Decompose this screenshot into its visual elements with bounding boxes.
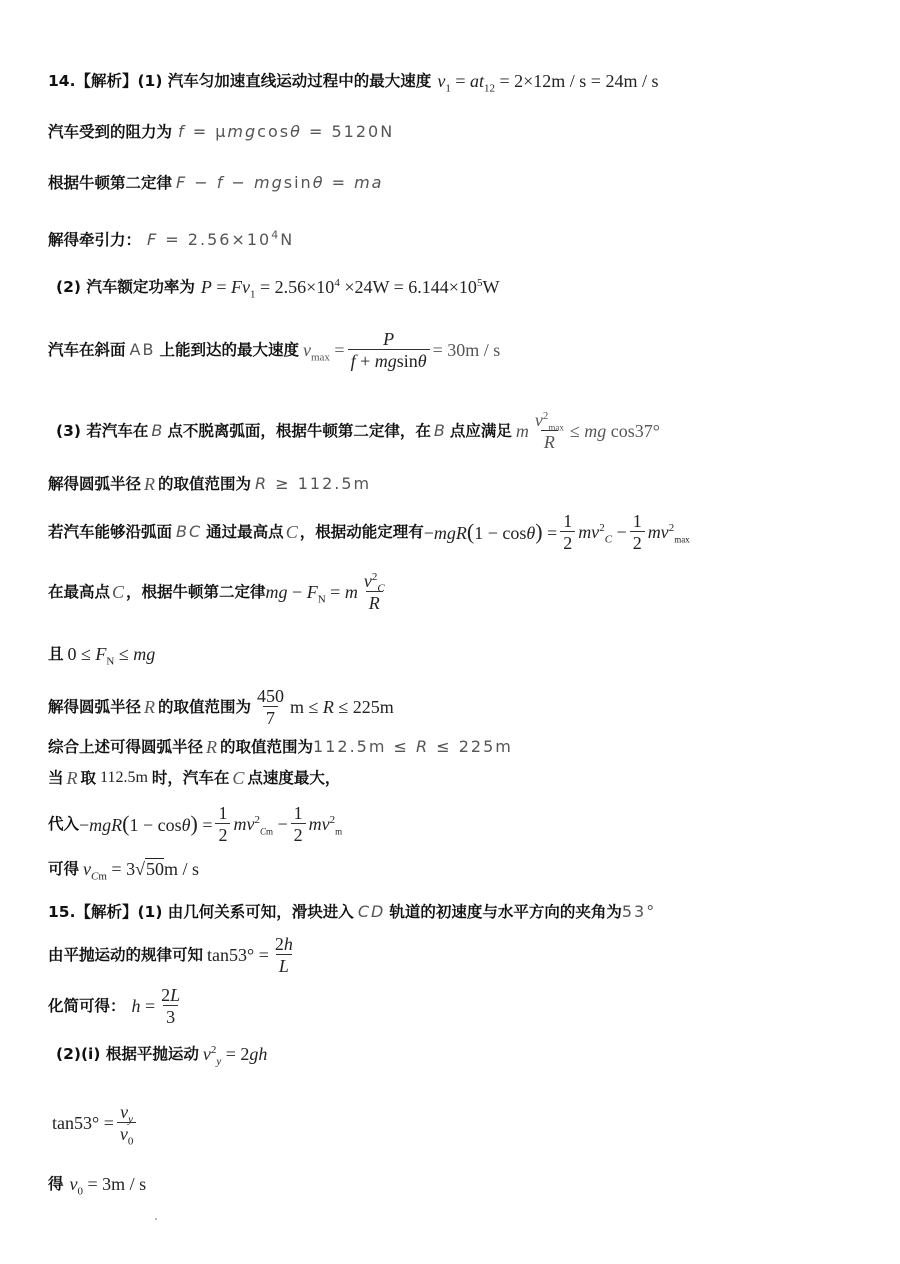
simplify-label: 化简可得： bbox=[48, 995, 126, 1017]
q14-summary-line: 综合上述可得圆弧半径 R 的取值范围为 112.5m ≤ R ≤ 225m bbox=[48, 736, 513, 758]
v0-label: 得 bbox=[48, 1173, 64, 1195]
radius-r-4: R bbox=[67, 768, 78, 788]
tan53-lhs-2: tan53° = bbox=[52, 1112, 114, 1134]
r-range2-rhs: m ≤ R ≤ 225m bbox=[290, 696, 394, 718]
q14-normal-force-line: 且 0 ≤ FN ≤ mg bbox=[48, 643, 155, 665]
point-c-2: C bbox=[112, 582, 124, 602]
q15-tan-velocity-line: tan53° = vy v0 bbox=[52, 1095, 139, 1151]
q14-r-range2-line: 解得圆弧半径 R 的取值范围为 450 7 m ≤ R ≤ 225m bbox=[48, 682, 394, 732]
vmax-lhs: vmax = bbox=[303, 339, 345, 361]
projectile-label: 由平抛运动的规律可知 bbox=[48, 944, 203, 966]
q15-header-line: 15.【解析】(1) 由几何关系可知，滑块进入 CD 轨道的初速度与水平方向的夹… bbox=[48, 901, 656, 923]
substitute-label: 代入 bbox=[48, 813, 79, 835]
point-b: B bbox=[151, 421, 164, 440]
summary-range: 112.5m ≤ R ≤ 225m bbox=[313, 736, 513, 758]
part3-label-a: (3) 若汽车在 bbox=[56, 420, 148, 442]
q15-v0-line: 得 v0 = 3m / s bbox=[48, 1173, 146, 1195]
newton-label: 根据牛顿第二定律 bbox=[48, 172, 172, 194]
q14-friction-line: 汽车受到的阻力为 f = μmgcosθ = 5120N bbox=[48, 121, 394, 143]
energy-label-b: 通过最高点 bbox=[206, 521, 284, 543]
friction-label: 汽车受到的阻力为 bbox=[48, 121, 172, 143]
q14-header-line: 14.【解析】(1) 汽车匀加速直线运动过程中的最大速度 v1 = at12 =… bbox=[48, 70, 658, 92]
r-range2-label-b: 的取值范围为 bbox=[158, 696, 251, 718]
summary-label-a: 综合上述可得圆弧半径 bbox=[48, 736, 203, 758]
part3-label-c: 点应满足 bbox=[450, 420, 512, 442]
newton-equation: F − f − mgsinθ = ma bbox=[176, 172, 383, 194]
q14-header: 14.【解析】(1) 汽车匀加速直线运动过程中的最大速度 bbox=[48, 70, 431, 92]
energy-equation: −mgR(1 − cosθ) = bbox=[424, 521, 557, 544]
vmax-fraction: P f + mgsinθ bbox=[348, 329, 430, 372]
q14-top-point-line: 在最高点 C ，根据牛顿第二定律 mg − FN = m v2CR bbox=[48, 565, 391, 619]
top-point-equation: mg − FN = m bbox=[266, 581, 358, 603]
friction-equation: f = μmgcosθ = 5120N bbox=[178, 121, 394, 143]
q14-power-line: (2) 汽车额定功率为 P = Fv1 = 2.56×104 ×24W = 6.… bbox=[56, 276, 499, 298]
and-label: 且 bbox=[48, 643, 64, 665]
velocity-ratio-fraction: vy v0 bbox=[117, 1102, 137, 1145]
tan53-fraction: 2h L bbox=[272, 934, 296, 977]
tan53-lhs: tan53° = bbox=[207, 944, 269, 966]
min-radius-fraction: 450 7 bbox=[254, 686, 287, 729]
top-point-label-b: ，根据牛顿第二定律 bbox=[126, 581, 266, 603]
vmax-denominator: f + mgsinθ bbox=[348, 349, 430, 372]
q14-r-range-line: 解得圆弧半径 R 的取值范围为 R ≥ 112.5m bbox=[48, 473, 371, 495]
q14-vmax-line: 汽车在斜面 AB 上能到达的最大速度 vmax = P f + mgsinθ =… bbox=[48, 322, 500, 378]
q15-part2-line: (2)(ⅰ) 根据平抛运动 v2y = 2gh bbox=[56, 1043, 267, 1065]
q14-energy-line: 若汽车能够沿弧面 BC 通过最高点 C ，根据动能定理有 −mgR(1 − co… bbox=[48, 508, 690, 556]
vmax-label-b: 上能到达的最大速度 bbox=[159, 339, 299, 361]
vmax-label-a: 汽车在斜面 bbox=[48, 339, 126, 361]
substitute-equation: −mgR(1 − cosθ) = bbox=[79, 813, 212, 836]
energy-label-c: ，根据动能定理有 bbox=[300, 521, 424, 543]
r-range2-label-a: 解得圆弧半径 bbox=[48, 696, 141, 718]
radius-r-3: R bbox=[206, 737, 217, 757]
angle-53: 53° bbox=[622, 901, 656, 923]
v0-result: v0 = 3m / s bbox=[70, 1173, 147, 1195]
point-b-2: B bbox=[434, 421, 447, 440]
q14-part3-line: (3) 若汽车在 B 点不脱离弧面，根据牛顿第二定律，在 B 点应满足 m v2… bbox=[56, 405, 660, 457]
result-label: 可得 bbox=[48, 858, 79, 880]
arc-bc: BC bbox=[176, 522, 202, 541]
summary-label-b: 的取值范围为 bbox=[220, 736, 313, 758]
traction-equation: F = 2.56×104N bbox=[147, 229, 294, 251]
note-a: 当 bbox=[48, 767, 64, 789]
q14-max-velocity-equation: v1 = at12 = 2×12m / s = 24m / s bbox=[437, 70, 658, 92]
track-cd: CD bbox=[358, 902, 386, 921]
vcm-result: vCm = 3√50m / s bbox=[83, 858, 199, 880]
normal-force-inequality: 0 ≤ FN ≤ mg bbox=[68, 643, 156, 665]
r-range-label-b: 的取值范围为 bbox=[158, 473, 251, 495]
traction-label: 解得牵引力： bbox=[48, 229, 141, 251]
q15-projectile-line: 由平抛运动的规律可知 tan53° = 2h L bbox=[48, 930, 299, 980]
radius-r: R bbox=[144, 474, 155, 494]
h-fraction: 2L 3 bbox=[158, 985, 183, 1028]
q15-header-b: 轨道的初速度与水平方向的夹角为 bbox=[389, 901, 622, 923]
radius-r-2: R bbox=[144, 697, 155, 717]
part2-label: (2)(ⅰ) 根据平抛运动 bbox=[56, 1043, 199, 1065]
q14-result-line: 可得 vCm = 3√50m / s bbox=[48, 858, 199, 880]
power-label: (2) 汽车额定功率为 bbox=[56, 276, 195, 298]
vmax-result: = 30m / s bbox=[433, 339, 501, 361]
q14-newton-line: 根据牛顿第二定律 F − f − mgsinθ = ma bbox=[48, 172, 383, 194]
power-equation: P = Fv1 = 2.56×104 ×24W = 6.144×105W bbox=[201, 276, 500, 298]
note-c: 时，汽车在 bbox=[152, 767, 230, 789]
r-min-equation: R ≥ 112.5m bbox=[255, 473, 371, 495]
scan-speck bbox=[155, 1218, 157, 1220]
note-b: 取 bbox=[81, 767, 97, 789]
note-d: 点速度最大， bbox=[247, 767, 340, 789]
top-point-label-a: 在最高点 bbox=[48, 581, 110, 603]
q14-substitute-line: 代入 −mgR(1 − cosθ) = 12 mv2Cm − 12 mv2m bbox=[48, 800, 342, 848]
point-c-3: C bbox=[232, 768, 244, 788]
q15-simplify-line: 化简可得： h = 2L 3 bbox=[48, 982, 186, 1030]
energy-label-a: 若汽车能够沿弧面 bbox=[48, 521, 172, 543]
vmax-numerator: P bbox=[380, 329, 397, 349]
radius-value: 112.5m bbox=[100, 767, 148, 789]
vy-equation: v2y = 2gh bbox=[203, 1043, 268, 1065]
centripetal-rhs: ≤ mg cos37° bbox=[570, 420, 660, 442]
centripetal-fraction: v2max R bbox=[532, 410, 567, 453]
r-range-label-a: 解得圆弧半径 bbox=[48, 473, 141, 495]
point-c: C bbox=[286, 522, 298, 542]
q15-header: 15.【解析】(1) 由几何关系可知，滑块进入 bbox=[48, 901, 354, 923]
part3-label-b: 点不脱离弧面，根据牛顿第二定律，在 bbox=[167, 420, 431, 442]
q14-max-speed-note-line: 当 R 取 112.5m 时，汽车在 C 点速度最大， bbox=[48, 767, 340, 789]
segment-ab: AB bbox=[130, 339, 156, 361]
q14-traction-line: 解得牵引力： F = 2.56×104N bbox=[48, 229, 294, 251]
